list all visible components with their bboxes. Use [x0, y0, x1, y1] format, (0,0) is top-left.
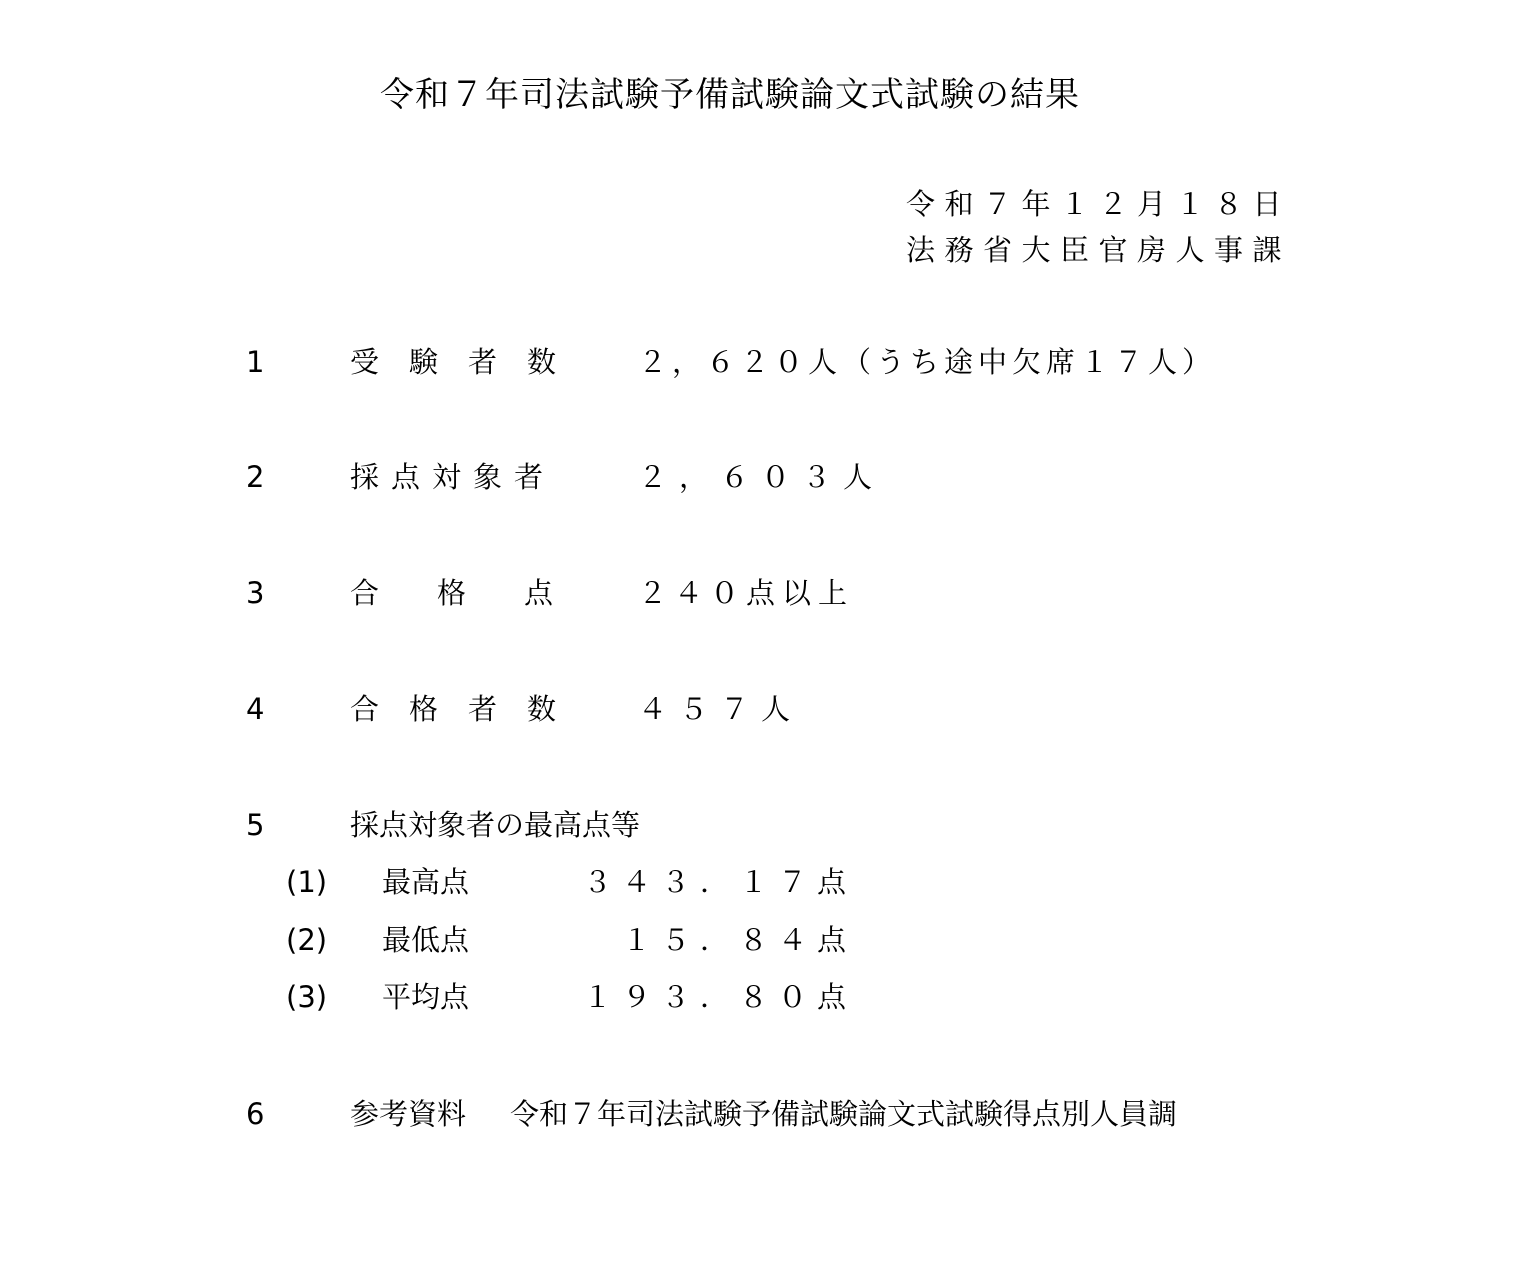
reference-document-link: 令和７年司法試験予備試験論文式試験得点別人員調: [510, 1100, 1177, 1129]
item-label: 受験者数: [350, 348, 586, 377]
issue-date: 令和７年１２月１８日: [906, 190, 1291, 219]
item-label: 採点対象者の最高点等: [350, 811, 640, 840]
subitem-label: 最高点: [382, 868, 469, 897]
document-title: 令和７年司法試験予備試験論文式試験の結果: [380, 78, 1080, 112]
item-value: ２，６２０人（うち途中欠席１７人）: [638, 348, 1216, 377]
item-number: 3: [246, 579, 264, 608]
subitem-number: (2): [286, 926, 327, 955]
subitem-value: １５．８４点: [622, 926, 856, 955]
subitem-label: 平均点: [382, 983, 469, 1012]
item-label: 合格点: [350, 579, 611, 608]
item-number: 2: [246, 463, 264, 492]
item-number: 4: [246, 695, 264, 724]
item-label: 採点対象者: [350, 463, 555, 492]
subitem-label: 最低点: [382, 926, 469, 955]
item-number: 1: [246, 348, 264, 377]
subitem-value: １９３．８０点: [583, 983, 856, 1012]
item-number: 5: [246, 811, 264, 840]
item-label: 参考資料: [350, 1100, 466, 1129]
item-value: ２，６０３人: [638, 463, 884, 492]
subitem-number: (3): [286, 983, 327, 1012]
issuing-department: 法務省大臣官房人事課: [906, 236, 1291, 265]
item-label: 合格者数: [350, 695, 586, 724]
item-value: ４５７人: [638, 695, 802, 724]
subitem-number: (1): [286, 868, 327, 897]
item-number: 6: [246, 1100, 264, 1129]
item-value: ２４０点以上: [638, 579, 854, 608]
subitem-value: ３４３．１７点: [583, 868, 856, 897]
